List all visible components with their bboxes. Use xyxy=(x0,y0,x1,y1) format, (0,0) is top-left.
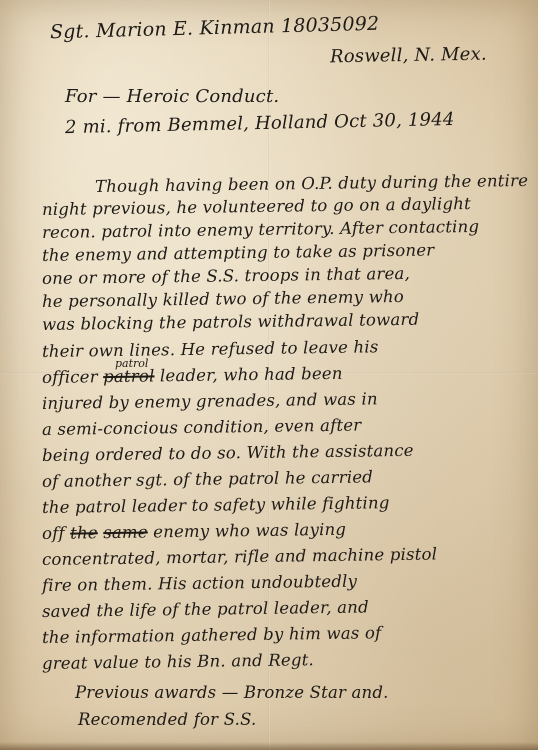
previous-awards: Previous awards — Bronze Star and. xyxy=(75,683,389,703)
body-line-9: officer patrol leader, who had been xyxy=(42,364,343,388)
body-line-2: night previous, he volunteered to go on … xyxy=(42,194,471,220)
body-line-9-start: officer xyxy=(42,367,98,387)
body-line-12: being ordered to do so. With the assista… xyxy=(42,441,414,466)
body-line-13: of another sgt. of the patrol he carried xyxy=(42,467,373,492)
soldier-name-line: Sgt. Marion E. Kinman 18035092 xyxy=(50,14,380,43)
body-line-11: a semi-concious condition, even after xyxy=(42,416,362,440)
citation-reason: For — Heroic Conduct. xyxy=(65,87,279,107)
hometown-line: Roswell, N. Mex. xyxy=(330,45,487,68)
body-line-20: great value to his Bn. and Regt. xyxy=(42,650,314,674)
body-line-5: one or more of the S.S. troops in that a… xyxy=(42,264,410,289)
recommendation: Recomended for S.S. xyxy=(78,710,256,730)
inserted-correction: patrol xyxy=(115,358,148,370)
body-line-15: off the same enemy who was laying xyxy=(42,520,346,544)
body-line-15-rest: enemy who was laying xyxy=(153,520,346,542)
body-line-18: saved the life of the patrol leader, and xyxy=(42,597,369,622)
body-line-10: injured by enemy grenades, and was in xyxy=(42,389,378,414)
body-line-1: Though having been on O.P. duty during t… xyxy=(95,171,528,197)
struck-word: same xyxy=(103,523,148,543)
body-line-16: concentrated, mortar, rifle and machine … xyxy=(42,544,437,570)
struck-word: the xyxy=(70,523,98,542)
body-line-19: the information gathered by him was of xyxy=(42,623,382,648)
body-line-6: he personally killed two of the enemy wh… xyxy=(42,287,404,312)
body-line-4: the enemy and attempting to take as pris… xyxy=(42,241,435,266)
body-line-14: the patrol leader to safety while fighti… xyxy=(42,493,390,518)
body-line-9-rest: leader, who had been xyxy=(160,364,343,386)
body-line-3: recon. patrol into enemy territory. Afte… xyxy=(42,217,479,243)
citation-location-date: 2 mi. from Bemmel, Holland Oct 30, 1944 xyxy=(65,110,455,138)
body-line-15-start: off xyxy=(42,524,65,543)
body-line-17: fire on them. His action undoubtedly xyxy=(42,572,357,596)
body-line-7: was blocking the patrols withdrawal towa… xyxy=(42,310,420,335)
body-line-8: their own lines. He refused to leave his xyxy=(42,337,379,362)
letter-page: Sgt. Marion E. Kinman 18035092 Roswell, … xyxy=(0,0,538,750)
paper-bottom-edge xyxy=(0,742,538,750)
